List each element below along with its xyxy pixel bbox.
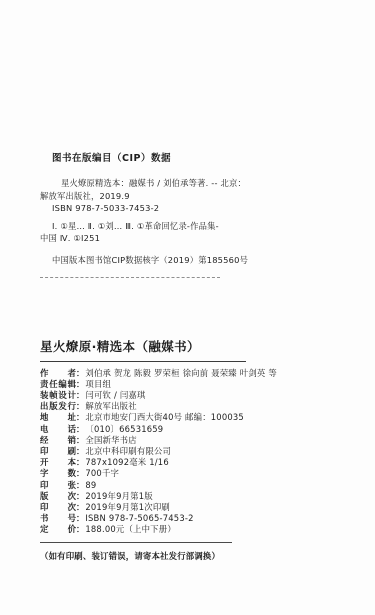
cip-class-line-1: Ⅰ. ①星… Ⅱ. ①刘… Ⅲ. ①革命回忆录-作品集- bbox=[40, 220, 348, 233]
detail-label: 印张 bbox=[40, 480, 76, 491]
label-colon: ： bbox=[76, 491, 84, 502]
page-content: 图书在版编目（CIP）数据 星火燎原精选本：融媒书 / 刘伯承等著. -- 北京… bbox=[40, 150, 348, 570]
colophon-page: 图书在版编目（CIP）数据 星火燎原精选本：融媒书 / 刘伯承等著. -- 北京… bbox=[0, 0, 375, 615]
cip-title-line: 星火燎原精选本：融媒书 / 刘伯承等著. -- 北京： bbox=[40, 177, 348, 190]
detail-value: 2019年9月第1版 bbox=[85, 491, 152, 501]
detail-value: 北京市地安门西大街40号 邮编：100035 bbox=[85, 412, 244, 422]
title-rule bbox=[40, 361, 246, 362]
detail-value: 〔010〕66531659 bbox=[85, 424, 163, 434]
detail-row-printer: 印刷：北京中科印刷有限公司 bbox=[40, 446, 348, 457]
detail-value: 北京中科印刷有限公司 bbox=[85, 446, 171, 456]
dashed-divider bbox=[40, 277, 220, 278]
label-colon: ： bbox=[76, 390, 84, 401]
detail-label: 经销 bbox=[40, 435, 76, 446]
detail-value: 787x1092毫米 1/16 bbox=[85, 457, 168, 467]
detail-value: 项目组 bbox=[85, 379, 111, 389]
detail-row-publisher: 出版发行：解放军出版社 bbox=[40, 401, 348, 412]
detail-label: 作者 bbox=[40, 368, 76, 379]
detail-value: ISBN 978-7-5065-7453-2 bbox=[85, 513, 193, 523]
label-colon: ： bbox=[76, 524, 84, 535]
detail-row-distributor: 经销：全国新华书店 bbox=[40, 435, 348, 446]
detail-row-wordcount: 字数：700千字 bbox=[40, 468, 348, 479]
label-colon: ： bbox=[76, 379, 84, 390]
detail-row-format: 开本：787x1092毫米 1/16 bbox=[40, 457, 348, 468]
cip-publisher-line: 解放军出版社，2019.9 bbox=[40, 190, 348, 203]
detail-value: 89 bbox=[85, 480, 96, 490]
label-colon: ： bbox=[76, 502, 84, 513]
detail-row-price: 定价：188.00元（上中下册） bbox=[40, 524, 348, 535]
book-title: 星火燎原·精选本（融媒书） bbox=[40, 337, 348, 355]
label-colon: ： bbox=[76, 468, 84, 479]
publication-details: 作者：刘伯承 贺龙 陈毅 罗荣桓 徐向前 聂荣臻 叶剑英 等 责任编辑：项目组 … bbox=[40, 368, 348, 536]
detail-value: 刘伯承 贺龙 陈毅 罗荣桓 徐向前 聂荣臻 叶剑英 等 bbox=[85, 368, 277, 378]
label-colon: ： bbox=[76, 446, 84, 457]
detail-row-editor: 责任编辑：项目组 bbox=[40, 379, 348, 390]
label-colon: ： bbox=[76, 457, 84, 468]
detail-row-isbn: 书号：ISBN 978-7-5065-7453-2 bbox=[40, 513, 348, 524]
detail-label: 字数 bbox=[40, 468, 76, 479]
detail-label: 书号 bbox=[40, 513, 76, 524]
detail-value: 闫可钦 / 闫嘉琪 bbox=[85, 390, 145, 400]
detail-row-design: 装帧设计：闫可钦 / 闫嘉琪 bbox=[40, 390, 348, 401]
cip-class-line-2: 中国 Ⅳ. ①I251 bbox=[40, 232, 348, 245]
detail-label: 电话 bbox=[40, 424, 76, 435]
cip-isbn-line: ISBN 978-7-5033-7453-2 bbox=[40, 202, 348, 215]
detail-label: 版次 bbox=[40, 491, 76, 502]
label-colon: ： bbox=[76, 424, 84, 435]
detail-label: 装帧设计 bbox=[40, 390, 76, 401]
detail-row-printing: 印次：2019年9月第1次印刷 bbox=[40, 502, 348, 513]
detail-row-phone: 电话：〔010〕66531659 bbox=[40, 424, 348, 435]
detail-label: 开本 bbox=[40, 457, 76, 468]
errata-footnote: （如有印刷、装订错误，请寄本社发行部调换） bbox=[40, 550, 348, 562]
detail-value: 解放军出版社 bbox=[85, 401, 136, 411]
detail-label: 印次 bbox=[40, 502, 76, 513]
detail-row-edition: 版次：2019年9月第1版 bbox=[40, 491, 348, 502]
detail-row-author: 作者：刘伯承 贺龙 陈毅 罗荣桓 徐向前 聂荣臻 叶剑英 等 bbox=[40, 368, 348, 379]
detail-row-address: 地址：北京市地安门西大街40号 邮编：100035 bbox=[40, 412, 348, 423]
cip-record-line: 中国版本图书馆CIP数据核字（2019）第185560号 bbox=[40, 254, 348, 267]
label-colon: ： bbox=[76, 412, 84, 423]
label-colon: ： bbox=[76, 435, 84, 446]
detail-value: 188.00元（上中下册） bbox=[85, 524, 176, 534]
detail-label: 责任编辑 bbox=[40, 379, 76, 390]
detail-label: 定价 bbox=[40, 524, 76, 535]
detail-value: 700千字 bbox=[85, 468, 119, 478]
label-colon: ： bbox=[76, 513, 84, 524]
label-colon: ： bbox=[76, 480, 84, 491]
cip-data-block: 图书在版编目（CIP）数据 星火燎原精选本：融媒书 / 刘伯承等著. -- 北京… bbox=[40, 150, 348, 267]
cip-heading: 图书在版编目（CIP）数据 bbox=[52, 150, 348, 164]
detail-label: 地址 bbox=[40, 412, 76, 423]
detail-row-sheets: 印张：89 bbox=[40, 480, 348, 491]
label-colon: ： bbox=[76, 368, 84, 379]
bottom-rule bbox=[40, 542, 232, 543]
detail-label: 出版发行 bbox=[40, 401, 76, 412]
label-colon: ： bbox=[76, 401, 84, 412]
detail-label: 印刷 bbox=[40, 446, 76, 457]
detail-value: 全国新华书店 bbox=[85, 435, 136, 445]
detail-value: 2019年9月第1次印刷 bbox=[85, 502, 170, 512]
